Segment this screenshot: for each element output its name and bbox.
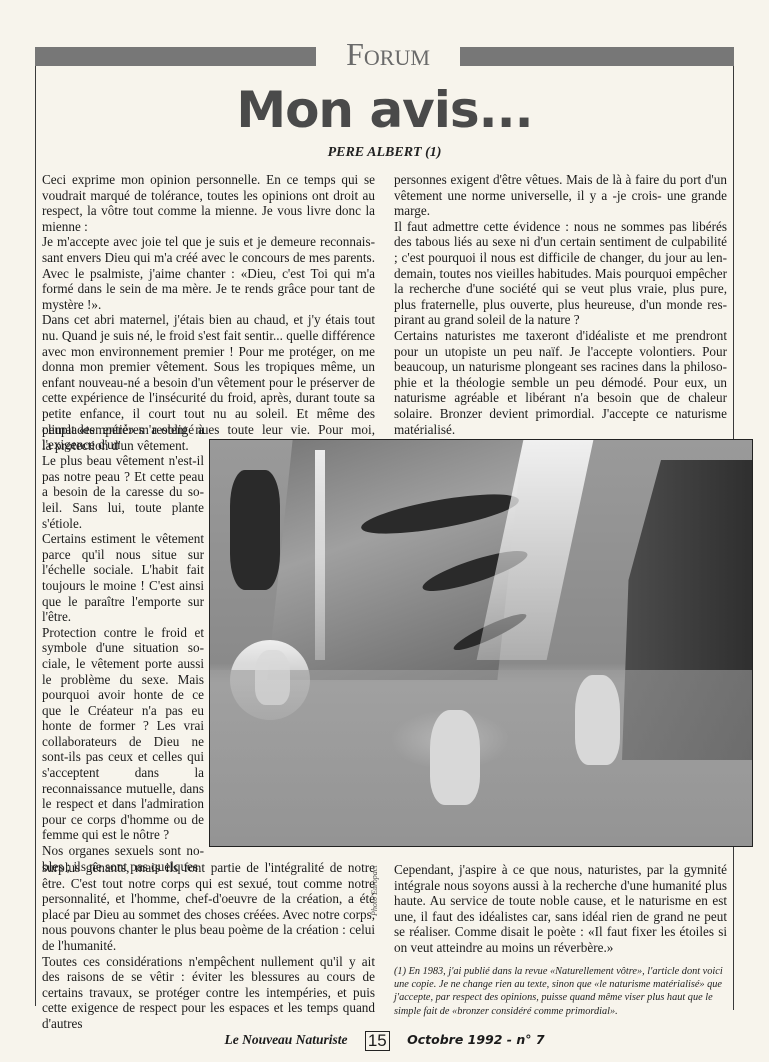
column-left-bottom: surplus gênants, mais ils font partie de… [42,860,375,1032]
paragraph: Le plus beau vêtement n'est-il pas notre… [42,453,204,531]
banner-bar-right [460,47,734,66]
photo-credit: Photo Europact [370,856,384,916]
paragraph: Certains naturistes me taxeront d'idéali… [394,328,727,437]
paragraph: climat «tempéré» m'a obligé à la protect… [42,422,204,453]
column-right-bottom: Cependant, j'aspire à ce que nous, natur… [394,862,727,956]
page-footer: Le Nouveau Naturiste 15 Octobre 1992 - n… [0,1030,769,1051]
paragraph: Il faut admettre cette évidence : nous n… [394,219,727,328]
column-left-top: Ceci exprime mon opinion personnelle. En… [42,172,375,453]
paragraph: personnes exigent d'être vêtues. Mais de… [394,172,727,219]
headline: Mon avis... [36,82,733,138]
footnote: (1) En 1983, j'ai publié dans la revue «… [394,965,727,1018]
publication-name: Le Nouveau Naturiste [224,1032,347,1047]
issue-date: Octobre 1992 - n° 7 [407,1032,544,1047]
paragraph: Toutes ces considérations n'empêchent nu… [42,954,375,1032]
section-title: Forum [316,36,460,72]
banner-bar-left [35,47,316,66]
byline: PERE ALBERT (1) [36,144,733,162]
bather [430,710,480,805]
page-number: 15 [365,1031,390,1051]
waterfall [315,450,325,660]
bather [255,650,290,705]
column-left-narrow: climat «tempéré» m'a obligé à la protect… [42,422,204,874]
paragraph: Certains estiment le vêtement parce qu'i… [42,531,204,625]
frame-left-rule [35,56,36,1006]
bather [575,675,620,765]
paragraph: Cependant, j'aspire à ce que nous, natur… [394,862,727,956]
pool-water [210,670,752,846]
waterfall-photo [209,439,753,847]
paragraph: Je m'accepte avec joie tel que je suis e… [42,234,375,312]
paragraph: Ceci exprime mon opinion personnelle. En… [42,172,375,234]
column-right-top: personnes exigent d'être vêtues. Mais de… [394,172,727,437]
paragraph: Protection contre le froid et symbole d'… [42,625,204,843]
rock-shadow [230,470,280,590]
paragraph: surplus gênants, mais ils font partie de… [42,860,375,954]
